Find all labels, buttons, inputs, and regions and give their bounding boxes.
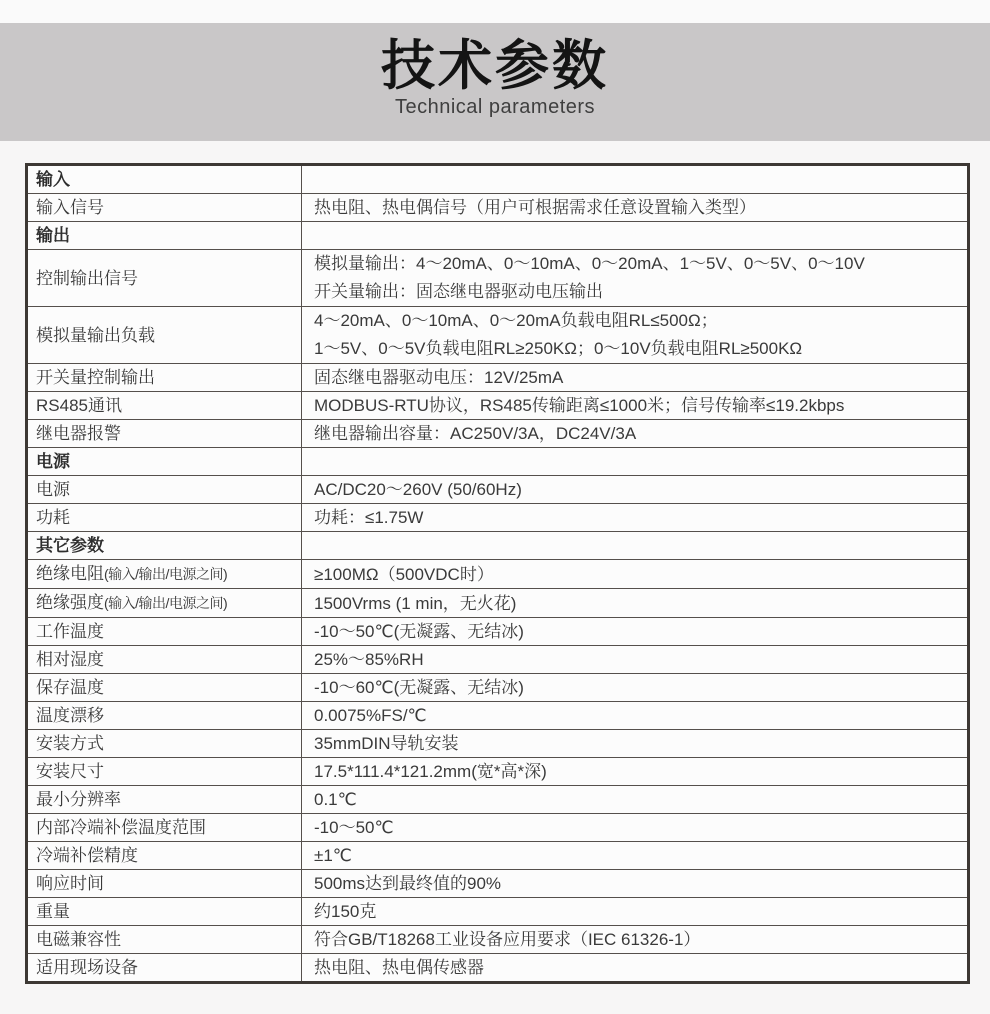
param-value: 固态继电器驱动电压：12V/25mA bbox=[314, 368, 563, 387]
param-label-cell: 安装方式 bbox=[27, 730, 302, 758]
table-row: 适用现场设备热电阻、热电偶传感器 bbox=[27, 954, 969, 983]
param-label-cell: 电磁兼容性 bbox=[27, 926, 302, 954]
param-label-cell: 电源 bbox=[27, 448, 302, 476]
param-value: 0.0075%FS/℃ bbox=[314, 706, 427, 725]
param-value-cell: 热电阻、热电偶信号（用户可根据需求任意设置输入类型） bbox=[302, 194, 969, 222]
param-label: RS485通讯 bbox=[36, 396, 122, 415]
param-label: 功耗 bbox=[36, 508, 70, 527]
param-value-cell: 4～20mA、0～10mA、0～20mA负载电阻RL≤500Ω；1～5V、0～5… bbox=[302, 307, 969, 364]
param-value-line: 开关量输出：固态继电器驱动电压输出 bbox=[314, 278, 967, 306]
param-label-cell: 重量 bbox=[27, 898, 302, 926]
param-label: 继电器报警 bbox=[36, 424, 121, 443]
param-label-cell: 开关量控制输出 bbox=[27, 364, 302, 392]
param-value-cell: -10～50℃(无凝露、无结冰) bbox=[302, 618, 969, 646]
param-label-cell: 输出 bbox=[27, 222, 302, 250]
param-value-cell: 25%～85%RH bbox=[302, 646, 969, 674]
param-value-cell: 符合GB/T18268工业设备应用要求（IEC 61326-1） bbox=[302, 926, 969, 954]
param-value-line: 4～20mA、0～10mA、0～20mA负载电阻RL≤500Ω； bbox=[314, 307, 967, 335]
param-value: 符合GB/T18268工业设备应用要求（IEC 61326-1） bbox=[314, 930, 700, 949]
param-value: 25%～85%RH bbox=[314, 650, 424, 669]
param-label: 响应时间 bbox=[36, 874, 104, 893]
param-value: -10～60℃(无凝露、无结冰) bbox=[314, 678, 524, 697]
table-row: 功耗功耗：≤1.75W bbox=[27, 504, 969, 532]
table-row: 电磁兼容性符合GB/T18268工业设备应用要求（IEC 61326-1） bbox=[27, 926, 969, 954]
param-value-cell: 约150克 bbox=[302, 898, 969, 926]
param-label: 模拟量输出负载 bbox=[36, 326, 155, 345]
param-value: 热电阻、热电偶传感器 bbox=[314, 958, 484, 977]
param-label: 冷端补偿精度 bbox=[36, 846, 138, 865]
param-label: 控制输出信号 bbox=[36, 269, 138, 288]
param-label-suffix: (输入/输出/电源之间) bbox=[104, 566, 227, 582]
param-value: 500ms达到最终值的90% bbox=[314, 874, 501, 893]
header-band: 技术参数 Technical parameters bbox=[0, 23, 990, 141]
param-value-line: 1～5V、0～5V负载电阻RL≥250KΩ；0～10V负载电阻RL≥500KΩ bbox=[314, 335, 967, 363]
param-value-cell: 固态继电器驱动电压：12V/25mA bbox=[302, 364, 969, 392]
section-row: 其它参数 bbox=[27, 532, 969, 560]
param-label-cell: 功耗 bbox=[27, 504, 302, 532]
table-row: 响应时间500ms达到最终值的90% bbox=[27, 870, 969, 898]
param-value-cell: 0.0075%FS/℃ bbox=[302, 702, 969, 730]
param-value-cell: AC/DC20～260V (50/60Hz) bbox=[302, 476, 969, 504]
param-value: MODBUS-RTU协议，RS485传输距离≤1000米；信号传输率≤19.2k… bbox=[314, 396, 844, 415]
param-label: 内部冷端补偿温度范围 bbox=[36, 818, 206, 837]
param-value-cell: ≥100MΩ（500VDC时） bbox=[302, 560, 969, 589]
param-value-cell bbox=[302, 448, 969, 476]
param-label-suffix: (输入/输出/电源之间) bbox=[104, 595, 227, 611]
param-label: 电磁兼容性 bbox=[36, 930, 121, 949]
param-value-cell: 17.5*111.4*121.2mm(宽*高*深) bbox=[302, 758, 969, 786]
param-value-cell: 热电阻、热电偶传感器 bbox=[302, 954, 969, 983]
param-label-cell: 内部冷端补偿温度范围 bbox=[27, 814, 302, 842]
param-label: 工作温度 bbox=[36, 622, 104, 641]
param-value-cell: ±1℃ bbox=[302, 842, 969, 870]
top-strip bbox=[0, 0, 990, 23]
param-label-cell: 最小分辨率 bbox=[27, 786, 302, 814]
param-value: ±1℃ bbox=[314, 846, 352, 865]
param-label-cell: 冷端补偿精度 bbox=[27, 842, 302, 870]
param-label: 温度漂移 bbox=[36, 706, 104, 725]
param-label-cell: 工作温度 bbox=[27, 618, 302, 646]
param-label: 绝缘电阻 bbox=[36, 564, 104, 583]
param-label-cell: RS485通讯 bbox=[27, 392, 302, 420]
param-value-cell: 1500Vrms (1 min，无火花) bbox=[302, 589, 969, 618]
param-value-line: 模拟量输出：4～20mA、0～10mA、0～20mA、1～5V、0～5V、0～1… bbox=[314, 250, 967, 278]
param-label-cell: 安装尺寸 bbox=[27, 758, 302, 786]
param-label-cell: 模拟量输出负载 bbox=[27, 307, 302, 364]
param-label-cell: 其它参数 bbox=[27, 532, 302, 560]
table-row: 最小分辨率0.1℃ bbox=[27, 786, 969, 814]
table-row: 开关量控制输出固态继电器驱动电压：12V/25mA bbox=[27, 364, 969, 392]
param-label: 输入 bbox=[36, 170, 70, 189]
param-value: 35mmDIN导轨安装 bbox=[314, 734, 459, 753]
param-label-cell: 输入 bbox=[27, 165, 302, 194]
param-value: 17.5*111.4*121.2mm(宽*高*深) bbox=[314, 762, 547, 781]
param-value-cell bbox=[302, 222, 969, 250]
param-label-cell: 绝缘电阻(输入/输出/电源之间) bbox=[27, 560, 302, 589]
table-row: 安装方式35mmDIN导轨安装 bbox=[27, 730, 969, 758]
param-value-cell: 模拟量输出：4～20mA、0～10mA、0～20mA、1～5V、0～5V、0～1… bbox=[302, 250, 969, 307]
param-label-cell: 适用现场设备 bbox=[27, 954, 302, 983]
param-label: 其它参数 bbox=[36, 536, 104, 555]
param-label: 适用现场设备 bbox=[36, 958, 138, 977]
param-label: 安装方式 bbox=[36, 734, 104, 753]
param-value-cell: 500ms达到最终值的90% bbox=[302, 870, 969, 898]
table-row: 继电器报警继电器输出容量：AC250V/3A，DC24V/3A bbox=[27, 420, 969, 448]
page-title: 技术参数 bbox=[0, 23, 990, 95]
param-value-cell: 0.1℃ bbox=[302, 786, 969, 814]
param-label-cell: 保存温度 bbox=[27, 674, 302, 702]
param-label: 安装尺寸 bbox=[36, 762, 104, 781]
param-value-cell: 35mmDIN导轨安装 bbox=[302, 730, 969, 758]
param-value: 继电器输出容量：AC250V/3A，DC24V/3A bbox=[314, 424, 636, 443]
table-row: 绝缘强度(输入/输出/电源之间)1500Vrms (1 min，无火花) bbox=[27, 589, 969, 618]
param-label-cell: 控制输出信号 bbox=[27, 250, 302, 307]
param-value: ≥100MΩ（500VDC时） bbox=[314, 565, 494, 584]
table-row: 相对湿度25%～85%RH bbox=[27, 646, 969, 674]
param-label-cell: 响应时间 bbox=[27, 870, 302, 898]
param-value-cell: -10～60℃(无凝露、无结冰) bbox=[302, 674, 969, 702]
param-value: 0.1℃ bbox=[314, 790, 357, 809]
param-label-cell: 继电器报警 bbox=[27, 420, 302, 448]
table-row: 模拟量输出负载4～20mA、0～10mA、0～20mA负载电阻RL≤500Ω；1… bbox=[27, 307, 969, 364]
param-value-cell bbox=[302, 532, 969, 560]
table-row: 内部冷端补偿温度范围-10～50℃ bbox=[27, 814, 969, 842]
param-label-cell: 相对湿度 bbox=[27, 646, 302, 674]
table-row: 安装尺寸17.5*111.4*121.2mm(宽*高*深) bbox=[27, 758, 969, 786]
param-label-cell: 电源 bbox=[27, 476, 302, 504]
param-value-cell: 功耗：≤1.75W bbox=[302, 504, 969, 532]
param-label: 保存温度 bbox=[36, 678, 104, 697]
spec-table: 输入输入信号热电阻、热电偶信号（用户可根据需求任意设置输入类型）输出控制输出信号… bbox=[25, 163, 970, 984]
param-value: 约150克 bbox=[314, 902, 376, 921]
param-label-cell: 输入信号 bbox=[27, 194, 302, 222]
param-label: 电源 bbox=[36, 480, 70, 499]
param-label: 重量 bbox=[36, 902, 70, 921]
param-value: 热电阻、热电偶信号（用户可根据需求任意设置输入类型） bbox=[314, 198, 756, 217]
section-row: 输出 bbox=[27, 222, 969, 250]
table-row: 工作温度-10～50℃(无凝露、无结冰) bbox=[27, 618, 969, 646]
param-label: 最小分辨率 bbox=[36, 790, 121, 809]
section-row: 输入 bbox=[27, 165, 969, 194]
param-label: 输出 bbox=[36, 226, 70, 245]
table-row: RS485通讯MODBUS-RTU协议，RS485传输距离≤1000米；信号传输… bbox=[27, 392, 969, 420]
param-value: AC/DC20～260V (50/60Hz) bbox=[314, 480, 522, 499]
param-value-cell: 继电器输出容量：AC250V/3A，DC24V/3A bbox=[302, 420, 969, 448]
param-label: 电源 bbox=[36, 452, 70, 471]
param-label: 绝缘强度 bbox=[36, 593, 104, 612]
table-row: 控制输出信号模拟量输出：4～20mA、0～10mA、0～20mA、1～5V、0～… bbox=[27, 250, 969, 307]
param-label-cell: 温度漂移 bbox=[27, 702, 302, 730]
page: 技术参数 Technical parameters 输入输入信号热电阻、热电偶信… bbox=[0, 0, 990, 1014]
table-row: 电源AC/DC20～260V (50/60Hz) bbox=[27, 476, 969, 504]
table-row: 温度漂移0.0075%FS/℃ bbox=[27, 702, 969, 730]
table-row: 保存温度-10～60℃(无凝露、无结冰) bbox=[27, 674, 969, 702]
table-row: 重量约150克 bbox=[27, 898, 969, 926]
param-value: -10～50℃ bbox=[314, 818, 394, 837]
section-row: 电源 bbox=[27, 448, 969, 476]
table-row: 输入信号热电阻、热电偶信号（用户可根据需求任意设置输入类型） bbox=[27, 194, 969, 222]
param-label: 开关量控制输出 bbox=[36, 368, 155, 387]
param-value: -10～50℃(无凝露、无结冰) bbox=[314, 622, 524, 641]
table-row: 冷端补偿精度±1℃ bbox=[27, 842, 969, 870]
param-label: 输入信号 bbox=[36, 198, 104, 217]
param-value-cell: -10～50℃ bbox=[302, 814, 969, 842]
param-value: 功耗：≤1.75W bbox=[314, 508, 423, 527]
param-label: 相对湿度 bbox=[36, 650, 104, 669]
param-value-cell: MODBUS-RTU协议，RS485传输距离≤1000米；信号传输率≤19.2k… bbox=[302, 392, 969, 420]
page-subtitle: Technical parameters bbox=[0, 95, 990, 119]
param-value-cell bbox=[302, 165, 969, 194]
param-value: 1500Vrms (1 min，无火花) bbox=[314, 594, 516, 613]
table-row: 绝缘电阻(输入/输出/电源之间)≥100MΩ（500VDC时） bbox=[27, 560, 969, 589]
param-label-cell: 绝缘强度(输入/输出/电源之间) bbox=[27, 589, 302, 618]
